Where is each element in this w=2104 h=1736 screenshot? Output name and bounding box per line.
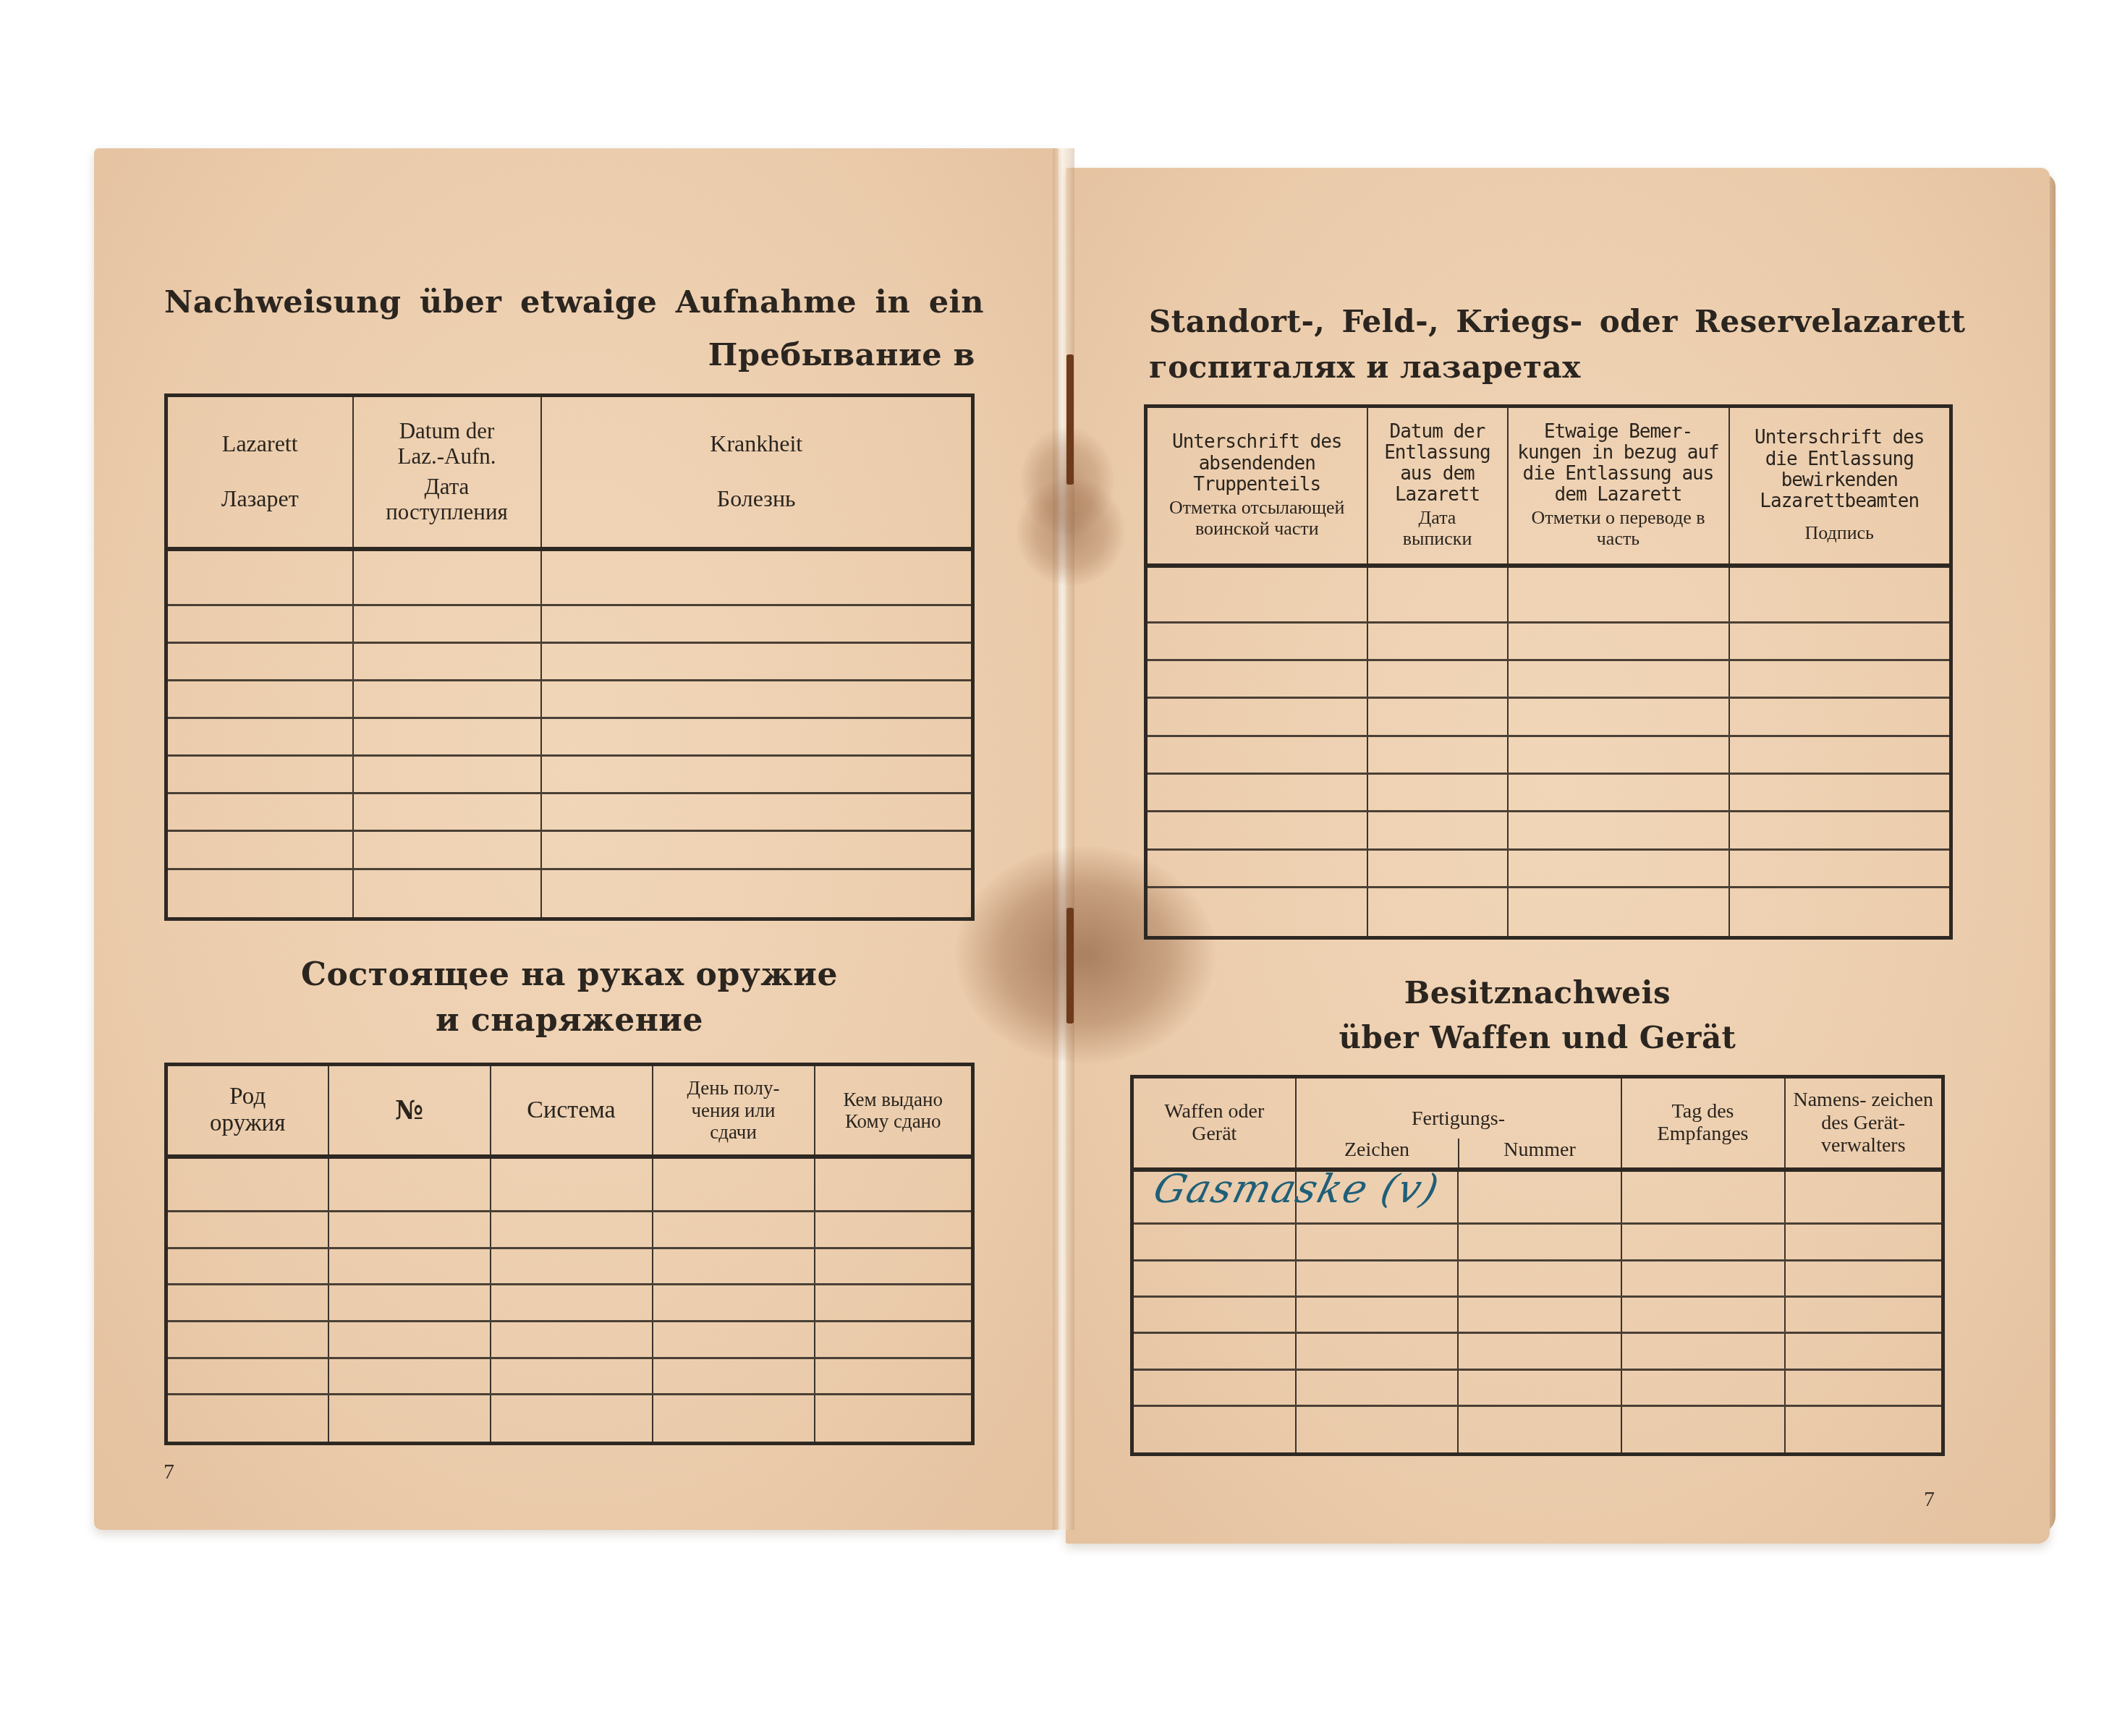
cell[interactable] [166,1395,328,1444]
cell[interactable] [166,1248,328,1285]
cell[interactable] [1296,1369,1458,1405]
cell[interactable] [541,756,973,793]
table-row [1132,1224,1943,1260]
cell[interactable] [1729,660,1951,697]
cell[interactable] [815,1285,973,1322]
cell[interactable] [653,1248,815,1285]
cell[interactable] [1729,566,1951,623]
cell[interactable] [1621,1170,1785,1224]
cell[interactable] [328,1322,491,1358]
cell[interactable] [1132,1297,1296,1333]
cell[interactable] [1785,1405,1943,1454]
cell[interactable] [815,1212,973,1248]
right-weapons-title-line1: Besitznachweis [1130,975,1945,1010]
right-hospital-title-ru: госпиталях и лазаретах [1149,349,1581,385]
cell[interactable] [491,1358,653,1395]
cell[interactable] [1621,1333,1785,1369]
table-row [166,869,973,919]
cell[interactable] [353,605,541,643]
cell[interactable] [328,1248,491,1285]
cell[interactable] [1621,1369,1785,1405]
table-row [166,1395,973,1444]
table-row [1146,698,1951,736]
cell[interactable] [1146,660,1367,697]
col-header-lazarett: Lazarett Лазарет [166,396,353,549]
cell[interactable] [491,1248,653,1285]
cell[interactable] [166,681,353,718]
cell[interactable] [491,1322,653,1358]
col-header-weapon-type: Род оружия [166,1065,328,1157]
table-row [166,1285,973,1322]
handwritten-entry-gasmask: Gasmaske (v) [1149,1166,1444,1212]
cell[interactable] [491,1157,653,1212]
cell[interactable] [491,1395,653,1444]
right-hospital-table: Unterschrift des absendenden Truppenteil… [1144,404,1953,940]
cell[interactable] [166,1157,328,1212]
cell[interactable] [653,1358,815,1395]
cell[interactable] [1146,566,1367,623]
cell[interactable] [541,605,973,643]
subheader-mark: Zeichen [1297,1139,1458,1167]
cell[interactable] [166,1358,328,1395]
table-row [1146,736,1951,773]
cell[interactable] [541,643,973,681]
cell[interactable] [1785,1333,1943,1369]
cell[interactable] [1785,1170,1943,1224]
cell[interactable] [1367,773,1508,811]
cell[interactable] [1458,1224,1621,1260]
cell[interactable] [1508,888,1729,938]
cell[interactable] [1508,736,1729,773]
cell[interactable] [1621,1405,1785,1454]
table-row [166,643,973,681]
cell[interactable] [353,681,541,718]
cell[interactable] [815,1157,973,1212]
cell[interactable] [1146,698,1367,736]
cell[interactable] [1146,849,1367,887]
cell[interactable] [1729,622,1951,660]
cell[interactable] [166,643,353,681]
table-row [166,793,973,831]
left-hospital-title-ru: Пребывание в [708,337,975,373]
cell[interactable] [353,549,541,605]
cell[interactable] [1146,622,1367,660]
cell[interactable] [1296,1405,1458,1454]
left-hospital-table: Lazarett Лазарет Datum der Laz.-Aufn. Да… [164,393,975,921]
cell[interactable] [1729,698,1951,736]
cell[interactable] [1132,1333,1296,1369]
cell[interactable] [1729,736,1951,773]
cell[interactable] [1458,1405,1621,1454]
cell[interactable] [541,549,973,605]
cell[interactable] [1508,660,1729,697]
cell[interactable] [1367,736,1508,773]
cell[interactable] [1367,812,1508,849]
cell[interactable] [1146,888,1367,938]
cell[interactable] [541,831,973,869]
table-row [1146,773,1951,811]
col-header-discharge-date: Datum der Entlassung aus dem Lazarett Да… [1367,407,1508,566]
left-weapons-table: Род оружия № Система День полу- чения ил… [164,1063,975,1445]
cell[interactable] [1296,1260,1458,1296]
left-page-number: 7 [164,1460,174,1484]
col-header-weapon-or-equipment: Waffen oder Gerät [1132,1077,1296,1170]
cell[interactable] [166,605,353,643]
cell[interactable] [1621,1297,1785,1333]
cell[interactable] [541,681,973,718]
table-row [166,718,973,756]
table-row [1132,1333,1943,1369]
cell[interactable] [328,1395,491,1444]
col-header-admission-date: Datum der Laz.-Aufn. Дата поступления [353,396,541,549]
table-row [166,1322,973,1358]
cell[interactable] [1458,1333,1621,1369]
cell[interactable] [1621,1260,1785,1296]
cell[interactable] [328,1358,491,1395]
table-row [1132,1260,1943,1296]
table-row [1146,812,1951,849]
cell[interactable] [166,869,353,919]
table-row [166,605,973,643]
table-row [1146,566,1951,623]
stain-upper-2 [1017,477,1125,586]
table-row [166,549,973,605]
cell[interactable] [353,718,541,756]
left-weapons-title-line1: Состоящее на руках оружие [164,956,975,993]
cell[interactable] [1132,1260,1296,1296]
cell[interactable] [353,756,541,793]
cell[interactable] [166,1322,328,1358]
table-row [1146,849,1951,887]
cell[interactable] [353,869,541,919]
cell[interactable] [1367,849,1508,887]
cell[interactable] [328,1212,491,1248]
cell[interactable] [166,756,353,793]
cell[interactable] [1367,566,1508,623]
cell[interactable] [1296,1297,1458,1333]
cell[interactable] [1729,812,1951,849]
cell[interactable] [491,1212,653,1248]
col-header-number: № [328,1065,491,1157]
cell[interactable] [1621,1224,1785,1260]
col-header-discharge-remarks: Etwaige Bemer- kungen in bezug auf die E… [1508,407,1729,566]
staple-lower [1066,908,1074,1024]
table-row [166,1157,973,1212]
cell[interactable] [1458,1297,1621,1333]
cell[interactable] [1785,1297,1943,1333]
left-weapons-title-line2: и снаряжение [164,1002,975,1039]
cell[interactable] [328,1285,491,1322]
table-row [1132,1405,1943,1454]
cell[interactable] [166,1212,328,1248]
col-header-receipt-date: День полу- чения или сдачи [653,1065,815,1157]
col-header-system: Система [491,1065,653,1157]
table-row [166,1212,973,1248]
cell[interactable] [1508,566,1729,623]
cell[interactable] [1367,660,1508,697]
cell[interactable] [491,1285,653,1322]
col-header-receipt-day: Tag des Empfanges [1621,1077,1785,1170]
cell[interactable] [353,831,541,869]
cell[interactable] [166,831,353,869]
cell[interactable] [1508,698,1729,736]
cell[interactable] [1458,1170,1621,1224]
cell[interactable] [166,1285,328,1322]
cell[interactable] [1729,849,1951,887]
cell[interactable] [1458,1369,1621,1405]
col-header-official-signature: Unterschrift des die Entlassung bewirken… [1729,407,1951,566]
table-row [166,756,973,793]
cell[interactable] [1508,812,1729,849]
cell[interactable] [1296,1224,1458,1260]
cell[interactable] [1458,1260,1621,1296]
cell[interactable] [1132,1224,1296,1260]
cell[interactable] [353,793,541,831]
cell[interactable] [1508,622,1729,660]
left-hospital-title-de: Nachweisung über etwaige Aufnahme in ein [164,284,984,320]
cell[interactable] [166,718,353,756]
cell[interactable] [815,1358,973,1395]
cell[interactable] [1367,622,1508,660]
cell[interactable] [1785,1260,1943,1296]
cell[interactable] [166,793,353,831]
cell[interactable] [166,549,353,605]
cell[interactable] [1785,1369,1943,1405]
cell[interactable] [815,1248,973,1285]
cell[interactable] [653,1212,815,1248]
cell[interactable] [1508,849,1729,887]
cell[interactable] [1367,888,1508,938]
manufacturing-subheaders: Zeichen Nummer [1297,1139,1621,1167]
subheader-number: Nummer [1458,1139,1621,1167]
cell[interactable] [653,1285,815,1322]
right-weapons-table: Waffen oder Gerät Fertigungs- Zeichen Nu… [1130,1075,1945,1456]
cell[interactable] [353,643,541,681]
col-header-illness: Krankheit Болезнь [541,396,973,549]
cell[interactable] [815,1395,973,1444]
staple-upper [1066,354,1074,485]
cell[interactable] [1132,1369,1296,1405]
cell[interactable] [815,1322,973,1358]
table-row [1146,660,1951,697]
right-hospital-title-de: Standort-, Feld-, Kriegs- oder Reservela… [1149,304,1966,339]
cell[interactable] [1296,1333,1458,1369]
table-row [166,1248,973,1285]
table-row [1132,1369,1943,1405]
table-row [1146,622,1951,660]
col-header-sending-unit-signature: Unterschrift des absendenden Truppenteil… [1146,407,1367,566]
cell[interactable] [1367,698,1508,736]
cell[interactable] [1785,1224,1943,1260]
cell[interactable] [1729,773,1951,811]
cell[interactable] [1146,773,1367,811]
cell[interactable] [1146,736,1367,773]
col-header-issued-by: Кем выдано Кому сдано [815,1065,973,1157]
table-row [166,831,973,869]
cell[interactable] [541,793,973,831]
right-weapons-title-line2: über Waffen und Gerät [1130,1020,1945,1055]
table-row [1146,888,1951,938]
cell[interactable] [541,718,973,756]
cell[interactable] [653,1395,815,1444]
cell[interactable] [1132,1405,1296,1454]
right-page-number: 7 [1924,1487,1935,1512]
cell[interactable] [541,869,973,919]
cell[interactable] [653,1322,815,1358]
cell[interactable] [1146,812,1367,849]
table-row [1132,1297,1943,1333]
cell[interactable] [328,1157,491,1212]
col-header-manufacturing: Fertigungs- Zeichen Nummer [1296,1077,1621,1170]
cell[interactable] [653,1157,815,1212]
cell[interactable] [1729,888,1951,938]
table-row [166,1358,973,1395]
cell[interactable] [1508,773,1729,811]
table-row [166,681,973,718]
col-header-administrator-initials: Namens- zeichen des Gerät- verwalters [1785,1077,1943,1170]
